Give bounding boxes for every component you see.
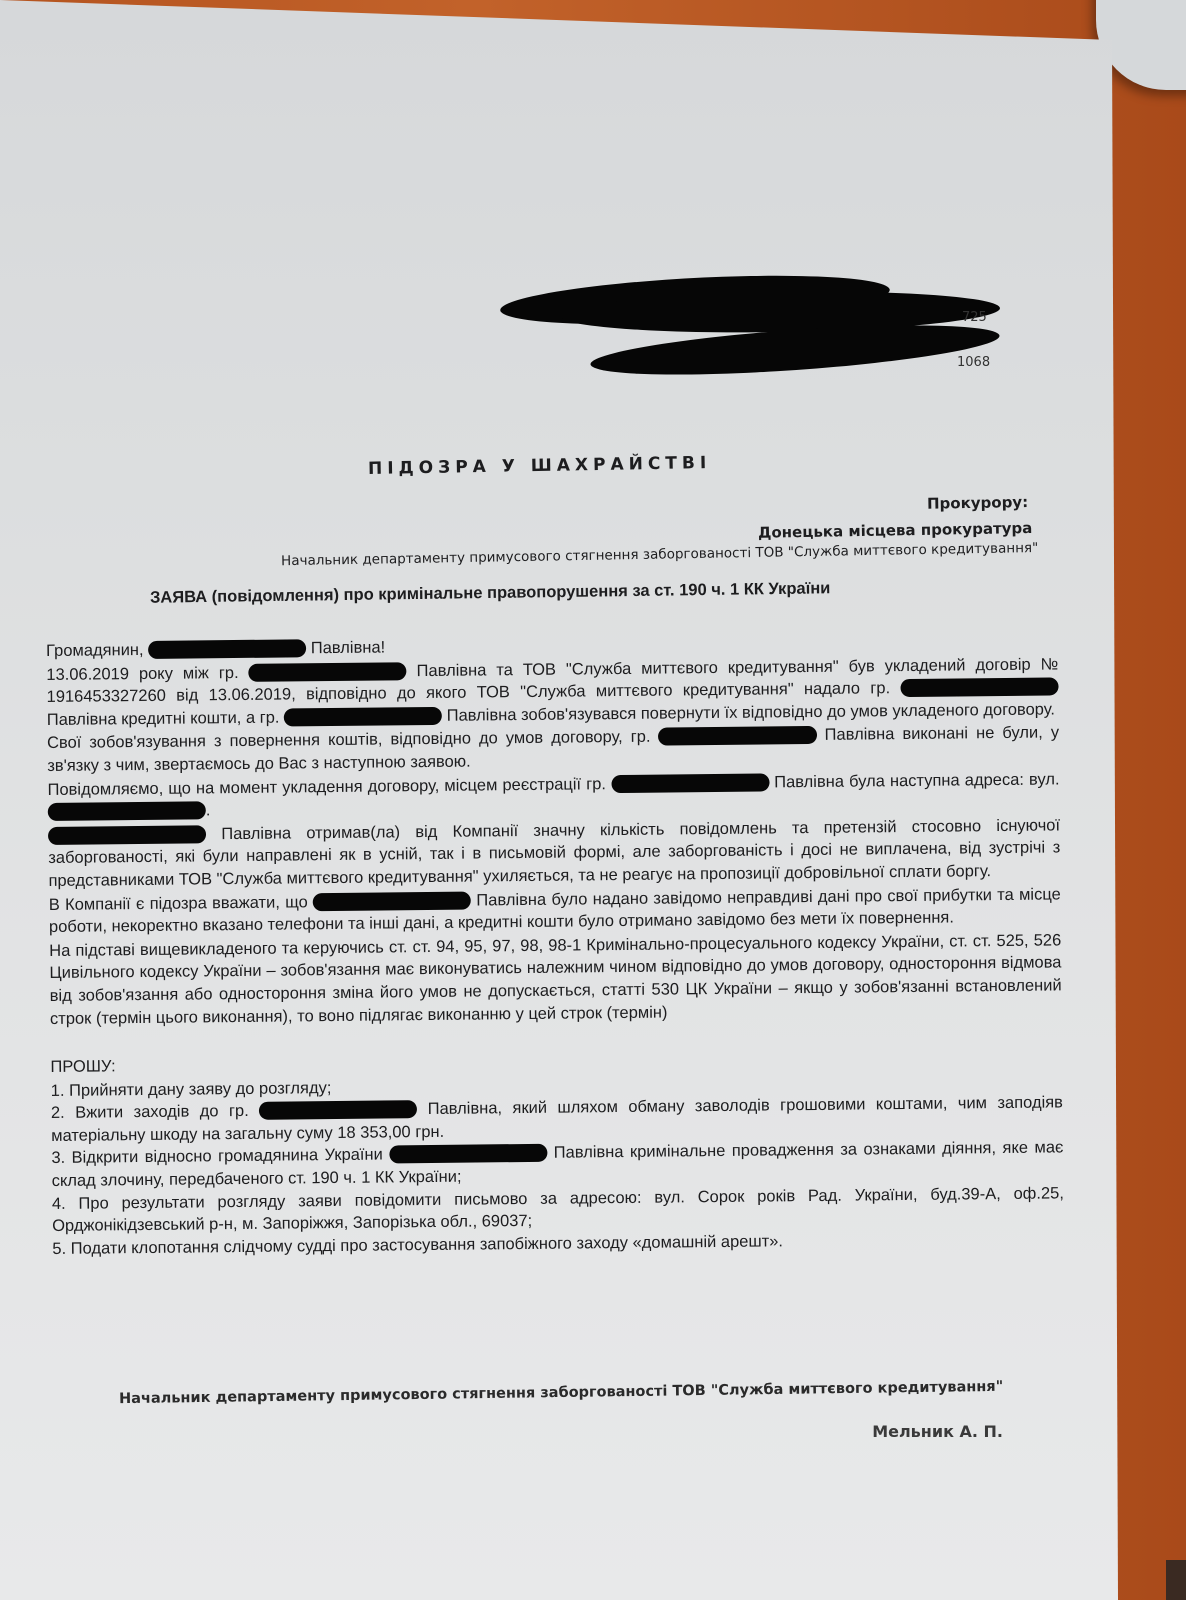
body-paragraph: 13.06.2019 року між гр. XXXXXXXXXXXXXX П… [46,653,1059,731]
redaction-mark: XXXXXXXXXXXXXX [148,639,306,659]
redaction-mark: XXXXXXXXXXXXXX [611,773,769,793]
reference-number: 1068 [957,355,990,370]
recipient-label: Прокурору: [927,493,1028,513]
letter-body: Громадянин, XXXXXXXXXXXXXX Павлівна! 13.… [46,629,1064,1260]
statement-title: ЗАЯВА (повідомлення) про кримінальне пра… [150,579,831,607]
paper-sheet: 725 1068 ПІДОЗРА У ШАХРАЙСТВІ Прокурору:… [0,0,1118,1600]
redaction-mark: XXXXXXXXXXXXXX [48,825,206,845]
redaction-mark: XXXXXXXXXXXXXX [248,662,406,682]
body-paragraph: На підставі вищевикладеного та керуючись… [49,929,1062,1030]
document-heading: ПІДОЗРА У ШАХРАЙСТВІ [368,453,712,479]
redaction-mark: XXXXXXXXXXXXXX [313,891,471,911]
signature-name: Мельник А. П. [872,1422,1003,1441]
desk-edge [1166,1560,1186,1600]
body-paragraph: XXXXXXXXXXXXXX Павлівна отримав(ла) від … [48,814,1061,892]
sender-line: Начальник департаменту примусового стягн… [281,540,1038,569]
reference-number: 725 [962,310,987,325]
redaction-mark: XXXXXXXXXXXXXX [48,801,206,821]
request-list: 1. Прийняти дану заяву до розгляду; 2. В… [51,1069,1065,1260]
redaction-mark: XXXXXXXXXXXXXX [900,678,1058,698]
signature-title: Начальник департаменту примусового стягн… [119,1379,1003,1407]
recipient-org: Донецька місцева прокуратура [758,519,1033,542]
redaction-mark: XXXXXXXXXXXXXX [389,1144,547,1164]
redaction-mark: XXXXXXXXXXXXXX [259,1100,417,1120]
redaction-mark: XXXXXXXXXXXXXX [284,707,442,727]
redaction-mark: XXXXXXXXXXXXXX [658,726,816,746]
